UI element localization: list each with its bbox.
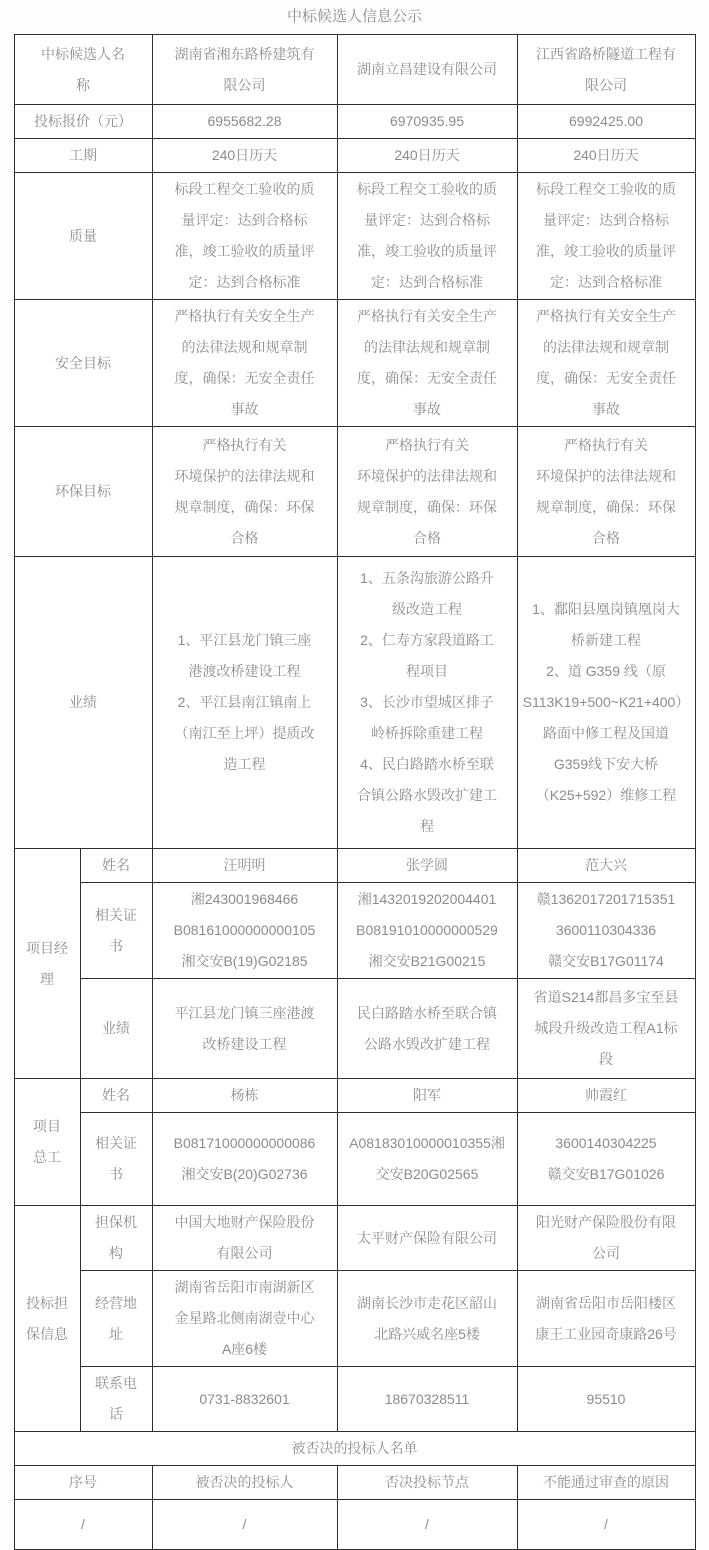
ce-certificates-label: 相关证 书 xyxy=(80,1113,152,1206)
candidate-name-label: 中标候选人名 称 xyxy=(14,35,152,105)
quality-label: 质量 xyxy=(14,173,152,300)
environment-1: 严格执行有关 环境保护的法律法规和 规章制度，确保：环保 合格 xyxy=(152,427,337,557)
guarantee-address-2: 湖南长沙市走花区韶山 北路兴威名座5楼 xyxy=(337,1271,517,1367)
row-guarantee-phone: 联系电 话 0731-8832601 18670328511 95510 xyxy=(14,1367,695,1432)
ce-name-1: 杨栋 xyxy=(152,1079,337,1113)
rejected-value-bidder: / xyxy=(152,1500,337,1550)
pm-certificates-3: 赣1362017201715351 3600110304336 赣交安B17G0… xyxy=(517,883,695,979)
pm-performance-3: 省道S214都昌多宝至县 城段升级改造工程A1标 段 xyxy=(517,979,695,1079)
row-safety: 安全目标 严格执行有关安全生产 的法律法规和规章制 度，确保：无安全责任 事故 … xyxy=(14,300,695,427)
rejected-value-reason: / xyxy=(517,1500,695,1550)
pm-certificates-2: 湘1432019202004401 B08191010000000529 湘交安… xyxy=(337,883,517,979)
row-ce-name: 项目 总工 姓名 杨栋 阳军 帅霞红 xyxy=(14,1079,695,1113)
quality-3: 标段工程交工验收的质 量评定：达到合格标 准，竣工验收的质量评 定：达到合格标准 xyxy=(517,173,695,300)
environment-2: 严格执行有关 环境保护的法律法规和 规章制度，确保：环保 合格 xyxy=(337,427,517,557)
safety-3: 严格执行有关安全生产 的法律法规和规章制 度，确保：无安全责任 事故 xyxy=(517,300,695,427)
performance-2: 1、五条沟旅游公路升 级改造工程 2、仁寿方家段道路工 程项目 3、长沙市望城区… xyxy=(337,557,517,849)
rejected-value-seq: / xyxy=(14,1500,152,1550)
row-rejected-values: / / / / xyxy=(14,1500,695,1550)
rejected-header-seq: 序号 xyxy=(14,1466,152,1500)
quality-1: 标段工程交工验收的质 量评定：达到合格标 准，竣工验收的质量评 定：达到合格标准 xyxy=(152,173,337,300)
ce-certificates-2: A08183010000010355湘 交安B20G02565 xyxy=(337,1113,517,1206)
row-pm-name: 项目经 理 姓名 汪明明 张学圆 范大兴 xyxy=(14,849,695,883)
candidate-1-name: 湖南省湘东路桥建筑有 限公司 xyxy=(152,35,337,105)
ce-name-2: 阳军 xyxy=(337,1079,517,1113)
performance-3: 1、鄱阳县凰岗镇凰岗大 桥新建工程 2、道 G359 线（原 S113K19+5… xyxy=(517,557,695,849)
pm-name-1: 汪明明 xyxy=(152,849,337,883)
guarantee-organization-1: 中国大地财产保险股份 有限公司 xyxy=(152,1206,337,1271)
page-title: 中标候选人信息公示 xyxy=(0,6,709,28)
ce-certificates-1: B08171000000000086 湘交安B(20)G02736 xyxy=(152,1113,337,1206)
pm-performance-2: 民白路踏水桥至联合镇 公路水毁改扩建工程 xyxy=(337,979,517,1079)
row-performance: 业绩 1、平江县龙门镇三座 港渡改桥建设工程 2、平江县南江镇南上 （南江至上坪… xyxy=(14,557,695,849)
announcement-page: 中标候选人信息公示 中标候选人名 称 湖南省湘东路桥建筑有 限公司 湖南立昌建设… xyxy=(0,0,709,1550)
environment-3: 严格执行有关 环境保护的法律法规和 规章制度，确保：环保 合格 xyxy=(517,427,695,557)
candidate-3-name: 江西省路桥隧道工程有 限公司 xyxy=(517,35,695,105)
pm-performance-1: 平江县龙门镇三座港渡 改桥建设工程 xyxy=(152,979,337,1079)
row-duration: 工期 240日历天 240日历天 240日历天 xyxy=(14,139,695,173)
ce-certificates-3: 3600140304225 赣交安B17G01026 xyxy=(517,1113,695,1206)
duration-3: 240日历天 xyxy=(517,139,695,173)
guarantee-address-label: 经营地 址 xyxy=(80,1271,152,1367)
performance-1: 1、平江县龙门镇三座 港渡改桥建设工程 2、平江县南江镇南上 （南江至上坪）提质… xyxy=(152,557,337,849)
project-manager-label: 项目经 理 xyxy=(14,849,80,1079)
row-pm-certificates: 相关证 书 湘243001968466 B08161000000000105 湘… xyxy=(14,883,695,979)
duration-label: 工期 xyxy=(14,139,152,173)
safety-label: 安全目标 xyxy=(14,300,152,427)
pm-certificates-label: 相关证 书 xyxy=(80,883,152,979)
duration-2: 240日历天 xyxy=(337,139,517,173)
guarantee-organization-2: 太平财产保险有限公司 xyxy=(337,1206,517,1271)
guarantee-address-1: 湖南省岳阳市南湖新区 金星路北侧南湖壹中心 A座6楼 xyxy=(152,1271,337,1367)
safety-1: 严格执行有关安全生产 的法律法规和规章制 度，确保：无安全责任 事故 xyxy=(152,300,337,427)
rejected-header-node: 否决投标节点 xyxy=(337,1466,517,1500)
guarantee-phone-label: 联系电 话 xyxy=(80,1367,152,1432)
pm-name-label: 姓名 xyxy=(80,849,152,883)
pm-certificates-1: 湘243001968466 B08161000000000105 湘交安B(19… xyxy=(152,883,337,979)
row-pm-performance: 业绩 平江县龙门镇三座港渡 改桥建设工程 民白路踏水桥至联合镇 公路水毁改扩建工… xyxy=(14,979,695,1079)
bid-guarantee-label: 投标担 保信息 xyxy=(14,1206,80,1432)
row-rejected-header: 序号 被否决的投标人 否决投标节点 不能通过审查的原因 xyxy=(14,1466,695,1500)
guarantee-phone-3: 95510 xyxy=(517,1367,695,1432)
duration-1: 240日历天 xyxy=(152,139,337,173)
rejected-header-reason: 不能通过审查的原因 xyxy=(517,1466,695,1500)
chief-engineer-label: 项目 总工 xyxy=(14,1079,80,1206)
row-bid-price: 投标报价（元） 6955682.28 6970935.95 6992425.00 xyxy=(14,105,695,139)
rejected-value-node: / xyxy=(337,1500,517,1550)
row-guarantee-organization: 投标担 保信息 担保机 构 中国大地财产保险股份 有限公司 太平财产保险有限公司… xyxy=(14,1206,695,1271)
environment-label: 环保目标 xyxy=(14,427,152,557)
pm-name-3: 范大兴 xyxy=(517,849,695,883)
performance-label: 业绩 xyxy=(14,557,152,849)
row-environment: 环保目标 严格执行有关 环境保护的法律法规和 规章制度，确保：环保 合格 严格执… xyxy=(14,427,695,557)
safety-2: 严格执行有关安全生产 的法律法规和规章制 度，确保：无安全责任 事故 xyxy=(337,300,517,427)
row-rejected-title: 被否决的投标人名单 xyxy=(14,1432,695,1466)
rejected-header-bidder: 被否决的投标人 xyxy=(152,1466,337,1500)
bid-candidates-table: 中标候选人名 称 湖南省湘东路桥建筑有 限公司 湖南立昌建设有限公司 江西省路桥… xyxy=(14,34,696,1550)
rejected-bidders-title: 被否决的投标人名单 xyxy=(14,1432,695,1466)
pm-name-2: 张学圆 xyxy=(337,849,517,883)
bid-price-3: 6992425.00 xyxy=(517,105,695,139)
guarantee-phone-2: 18670328511 xyxy=(337,1367,517,1432)
guarantee-organization-3: 阳光财产保险股份有限 公司 xyxy=(517,1206,695,1271)
row-quality: 质量 标段工程交工验收的质 量评定：达到合格标 准，竣工验收的质量评 定：达到合… xyxy=(14,173,695,300)
quality-2: 标段工程交工验收的质 量评定：达到合格标 准，竣工验收的质量评 定：达到合格标准 xyxy=(337,173,517,300)
bid-price-1: 6955682.28 xyxy=(152,105,337,139)
guarantee-organization-label: 担保机 构 xyxy=(80,1206,152,1271)
bid-price-label: 投标报价（元） xyxy=(14,105,152,139)
row-guarantee-address: 经营地 址 湖南省岳阳市南湖新区 金星路北侧南湖壹中心 A座6楼 湖南长沙市走花… xyxy=(14,1271,695,1367)
row-candidate-name: 中标候选人名 称 湖南省湘东路桥建筑有 限公司 湖南立昌建设有限公司 江西省路桥… xyxy=(14,35,695,105)
ce-name-3: 帅霞红 xyxy=(517,1079,695,1113)
bid-price-2: 6970935.95 xyxy=(337,105,517,139)
pm-performance-label: 业绩 xyxy=(80,979,152,1079)
ce-name-label: 姓名 xyxy=(80,1079,152,1113)
guarantee-phone-1: 0731-8832601 xyxy=(152,1367,337,1432)
row-ce-certificates: 相关证 书 B08171000000000086 湘交安B(20)G02736 … xyxy=(14,1113,695,1206)
guarantee-address-3: 湖南省岳阳市岳阳楼区 康王工业园奇康路26号 xyxy=(517,1271,695,1367)
candidate-2-name: 湖南立昌建设有限公司 xyxy=(337,35,517,105)
